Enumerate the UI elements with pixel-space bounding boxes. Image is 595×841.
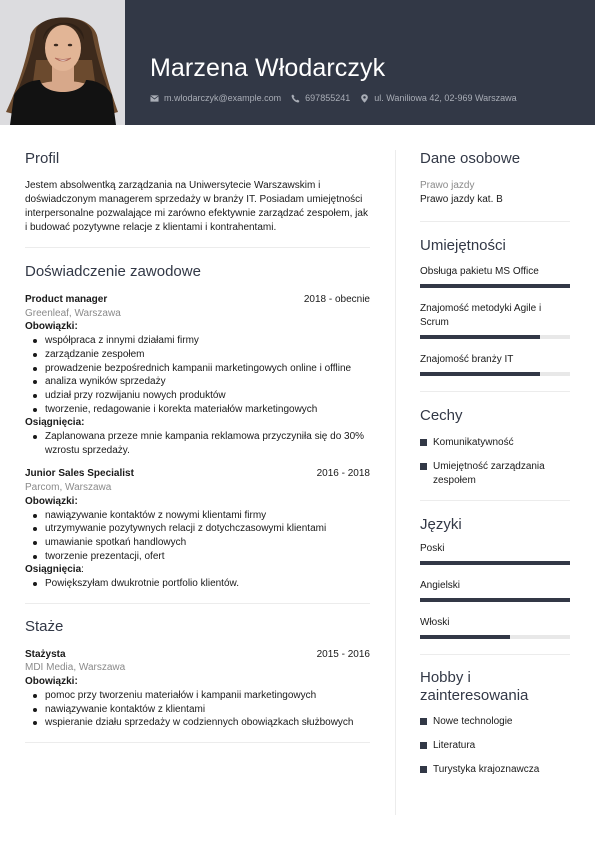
profile-photo	[0, 0, 125, 125]
duty-item: nawiązywanie kontaktów z klientami	[45, 703, 370, 717]
internship-entry: Stażysta 2015 - 2016 MDI Media, Warszawa…	[25, 648, 370, 730]
experience-entry: Junior Sales Specialist 2016 - 2018 Parc…	[25, 467, 370, 590]
duty-item: udział przy rozwijaniu nowych produktów	[45, 389, 370, 403]
language-level-bar	[420, 635, 570, 639]
duties-label: Obowiązki:	[25, 495, 370, 509]
driving-license-value: Prawo jazdy kat. B	[420, 193, 570, 207]
achievements-label-colon: :	[81, 564, 84, 575]
section-divider	[25, 603, 370, 604]
job-company: Greenleaf, Warszawa	[25, 307, 370, 321]
profile-section: Profil Jestem absolwentką zarządzania na…	[25, 150, 370, 235]
hobby-item: Literatura	[420, 739, 570, 753]
duties-list: współpraca z innymi działami firmy zarzą…	[25, 334, 370, 416]
experience-entry: Product manager 2018 - obecnie Greenleaf…	[25, 293, 370, 457]
section-divider	[420, 654, 570, 655]
section-title-hobbies: Hobby i zainteresowania	[420, 669, 570, 705]
language-name: Angielski	[420, 579, 570, 593]
section-title-languages: Języki	[420, 516, 570, 534]
duty-item: analiza wyników sprzedaży	[45, 375, 370, 389]
section-divider	[25, 247, 370, 248]
envelope-icon	[150, 94, 159, 103]
contact-phone[interactable]: 697855241	[291, 93, 350, 103]
duties-label: Obowiązki:	[25, 675, 370, 689]
skill-level-bar	[420, 284, 570, 288]
phone-text: 697855241	[305, 93, 350, 103]
section-title-personal: Dane osobowe	[420, 150, 570, 168]
hobby-item: Turystyka krajoznawcza	[420, 763, 570, 777]
skills-section: Umiejętności Obsługa pakietu MS Office Z…	[420, 237, 570, 376]
duties-list: nawiązywanie kontaktów z nowymi klientam…	[25, 509, 370, 564]
contact-email[interactable]: m.wlodarczyk@example.com	[150, 93, 281, 103]
profile-summary: Jestem absolwentką zarządzania na Uniwer…	[25, 179, 370, 235]
duty-item: prowadzenie bezpośrednich kampanii marke…	[45, 362, 370, 376]
duty-item: nawiązywanie kontaktów z nowymi klientam…	[45, 509, 370, 523]
skill-level-bar	[420, 335, 570, 339]
traits-section: Cechy Komunikatywność Umiejętność zarząd…	[420, 407, 570, 488]
language-item: Angielski	[420, 579, 570, 602]
internship-company: MDI Media, Warszawa	[25, 661, 370, 675]
duty-item: tworzenie, redagowanie i korekta materia…	[45, 403, 370, 417]
language-name: Włoski	[420, 616, 570, 630]
sidebar-column: Dane osobowe Prawo jazdy Prawo jazdy kat…	[420, 150, 570, 787]
language-name: Poski	[420, 542, 570, 556]
languages-section: Języki Poski Angielski Włoski	[420, 516, 570, 639]
language-item: Włoski	[420, 616, 570, 639]
duty-item: wspieranie działu sprzedaży w codziennyc…	[45, 716, 370, 730]
skill-item: Obsługa pakietu MS Office	[420, 265, 570, 288]
duty-item: utrzymywanie pozytywnych relacji z dotyc…	[45, 522, 370, 536]
resume-header: Marzena Włodarczyk m.wlodarczyk@example.…	[0, 0, 595, 125]
phone-icon	[291, 94, 300, 103]
skill-item: Znajomość branży IT	[420, 353, 570, 376]
job-dates: 2018 - obecnie	[304, 293, 370, 307]
map-marker-icon	[360, 94, 369, 103]
contact-info: m.wlodarczyk@example.com 697855241 ul. W…	[150, 93, 527, 103]
section-divider	[420, 221, 570, 222]
achievements-list: Zaplanowana przeze mnie kampania reklamo…	[25, 430, 370, 457]
driving-license-label: Prawo jazdy	[420, 179, 570, 193]
duty-item: zarządzanie zespołem	[45, 348, 370, 362]
section-title-experience: Doświadczenie zawodowe	[25, 263, 370, 281]
section-title-skills: Umiejętności	[420, 237, 570, 255]
achievements-label: Osiągnięcia:	[25, 416, 370, 430]
trait-item: Komunikatywność	[420, 436, 570, 450]
candidate-name: Marzena Włodarczyk	[150, 54, 385, 83]
main-column: Profil Jestem absolwentką zarządzania na…	[25, 150, 370, 743]
skill-name: Obsługa pakietu MS Office	[420, 265, 570, 279]
job-title: Product manager	[25, 293, 107, 307]
job-title: Junior Sales Specialist	[25, 467, 134, 481]
column-divider	[395, 150, 396, 815]
achievement-item: Zaplanowana przeze mnie kampania reklamo…	[45, 430, 370, 457]
duties-label: Obowiązki:	[25, 320, 370, 334]
skill-item: Znajomość metodyki Agile i Scrum	[420, 302, 570, 339]
duty-item: tworzenie prezentacji, ofert	[45, 550, 370, 564]
trait-item: Umiejętność zarządzania zespołem	[420, 460, 570, 488]
traits-list: Komunikatywność Umiejętność zarządzania …	[420, 436, 570, 488]
personal-data-section: Dane osobowe Prawo jazdy Prawo jazdy kat…	[420, 150, 570, 207]
internships-section: Staże Stażysta 2015 - 2016 MDI Media, Wa…	[25, 618, 370, 730]
section-divider	[420, 391, 570, 392]
language-item: Poski	[420, 542, 570, 565]
internship-dates: 2015 - 2016	[317, 648, 370, 662]
duty-item: umawianie spotkań handlowych	[45, 536, 370, 550]
skill-name: Znajomość metodyki Agile i Scrum	[420, 302, 570, 330]
skill-level-bar	[420, 372, 570, 376]
email-text: m.wlodarczyk@example.com	[164, 93, 281, 103]
hobbies-section: Hobby i zainteresowania Nowe technologie…	[420, 669, 570, 777]
section-divider	[420, 500, 570, 501]
portrait-image	[0, 0, 125, 125]
duties-list: pomoc przy tworzeniu materiałów i kampan…	[25, 689, 370, 730]
address-text: ul. Waniliowa 42, 02-969 Warszawa	[374, 93, 516, 103]
job-dates: 2016 - 2018	[317, 467, 370, 481]
skill-name: Znajomość branży IT	[420, 353, 570, 367]
section-divider	[25, 742, 370, 743]
duty-item: współpraca z innymi działami firmy	[45, 334, 370, 348]
achievements-list: Powiększyłam dwukrotnie portfolio klient…	[25, 577, 370, 591]
internship-title: Stażysta	[25, 648, 66, 662]
section-title-profile: Profil	[25, 150, 370, 168]
language-level-bar	[420, 561, 570, 565]
duty-item: pomoc przy tworzeniu materiałów i kampan…	[45, 689, 370, 703]
achievements-label: Osiągnięcia:	[25, 563, 370, 577]
language-level-bar	[420, 598, 570, 602]
achievement-item: Powiększyłam dwukrotnie portfolio klient…	[45, 577, 370, 591]
hobbies-list: Nowe technologie Literatura Turystyka kr…	[420, 715, 570, 777]
contact-address: ul. Waniliowa 42, 02-969 Warszawa	[360, 93, 516, 103]
hobby-item: Nowe technologie	[420, 715, 570, 729]
section-title-internships: Staże	[25, 618, 370, 636]
section-title-traits: Cechy	[420, 407, 570, 425]
experience-section: Doświadczenie zawodowe Product manager 2…	[25, 263, 370, 591]
achievements-label-text: Osiągnięcia	[25, 564, 81, 575]
job-company: Parcom, Warszawa	[25, 481, 370, 495]
